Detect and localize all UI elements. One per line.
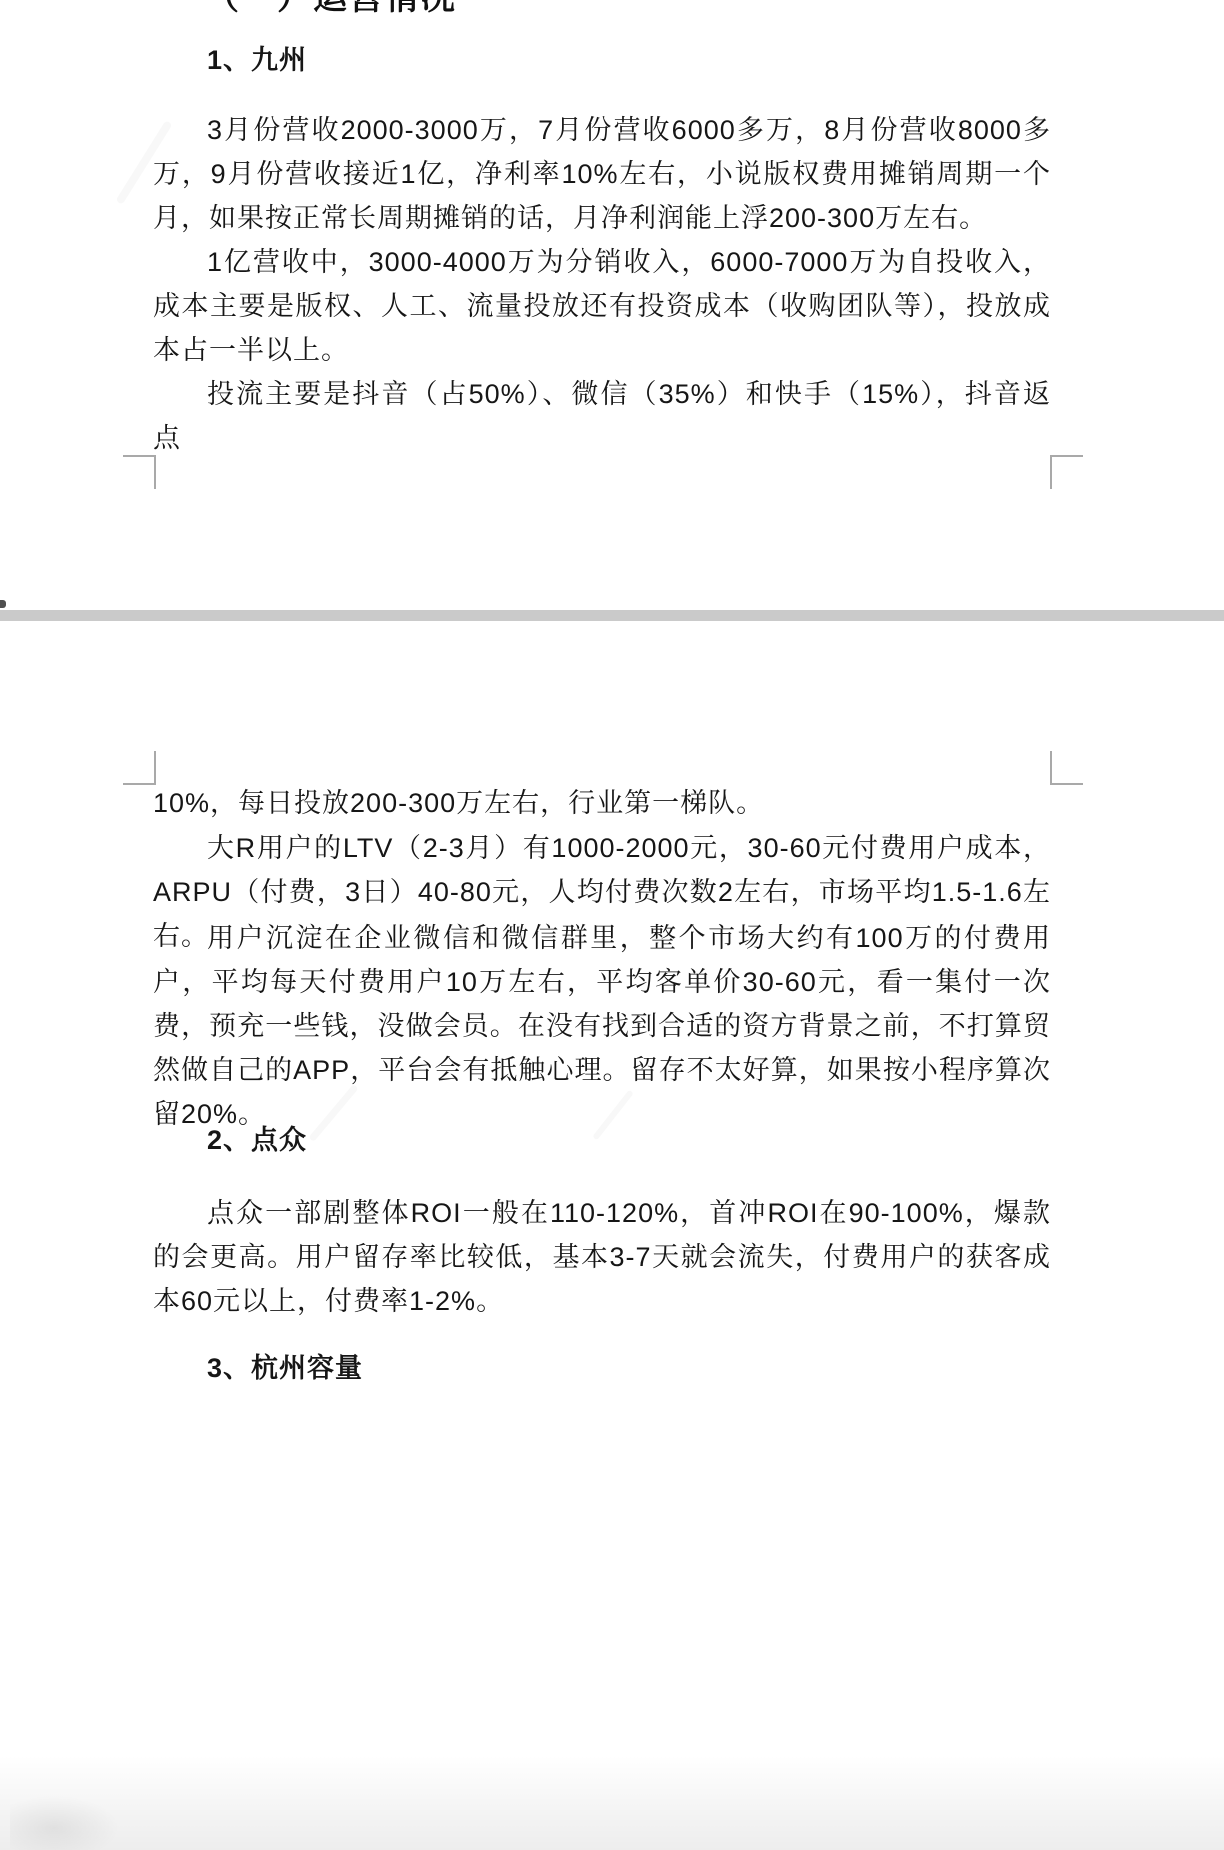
heading-jiuzhou: 1、九州 (153, 38, 1051, 82)
page2-top-right-corner-mark (1050, 751, 1083, 785)
heading-dianzhong: 2、点众 (153, 1118, 1051, 1162)
paragraph-jiuzhou-revenue: 3月份营收2000-3000万，7月份营收6000多万，8月份营收8000多万，… (153, 108, 1051, 240)
heading-hangzhou-rongliang: 3、杭州容量 (153, 1346, 1051, 1390)
paragraph-traffic-channels: 投流主要是抖音（占50%）、微信（35%）和快手（15%），抖音返点 (153, 372, 1051, 460)
paragraph-user-retention: 用户沉淀在企业微信和微信群里，整个市场大约有100万的付费用户，平均每天付费用户… (153, 916, 1051, 1136)
clipped-section-heading: （一）运营情况 (205, 0, 457, 20)
paragraph-traffic-continuation: 10%，每日投放200-300万左右，行业第一梯队。 (153, 781, 1051, 825)
bottom-left-smudge (10, 1795, 120, 1850)
paragraph-revenue-split: 1亿营收中，3000-4000万为分销收入，6000-7000万为自投收入，成本… (153, 240, 1051, 372)
page-break-band (0, 610, 1224, 621)
page1-bottom-right-corner-mark (1050, 455, 1083, 489)
bottom-shadow (0, 1755, 1224, 1850)
paragraph-dianzhong-roi: 点众一部剧整体ROI一般在110-120%，首冲ROI在90-100%，爆款的会… (153, 1191, 1051, 1323)
document-page-view: （一）运营情况 1、九州 3月份营收2000-3000万，7月份营收6000多万… (0, 0, 1224, 1850)
page2-top-left-corner-mark (123, 751, 156, 785)
edge-artifact-tick (0, 600, 6, 608)
page1-bottom-left-corner-mark (123, 455, 156, 489)
